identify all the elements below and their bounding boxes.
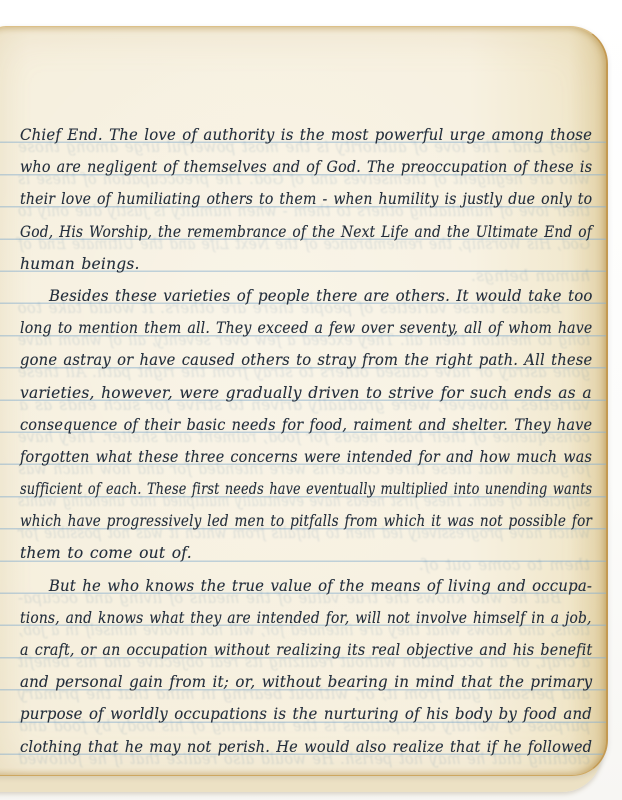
handwritten-line: God, His Worship, the remembrance of the…: [20, 216, 530, 248]
handwritten-line: gone astray or have caused others to str…: [20, 344, 563, 376]
handwritten-line: which have progressively led men to pitf…: [20, 505, 521, 537]
handwritten-line: human beings.: [20, 248, 592, 280]
handwritten-line: tions, and knows what they are intended …: [20, 602, 530, 634]
handwritten-text: Chief End. The love of authority is the …: [20, 119, 592, 763]
notebook-page: Chief End. The love of authority is the …: [0, 26, 608, 776]
handwritten-line: consequence of their basic needs for foo…: [20, 409, 555, 441]
handwritten-line: them to come out of.: [20, 537, 592, 569]
handwritten-line: varieties, however, were gradually drive…: [20, 377, 591, 409]
scan-background: Chief End. The love of authority is the …: [0, 0, 622, 800]
handwritten-line: a craft, or an occupation without realiz…: [20, 634, 546, 666]
handwritten-line: forgotten what these three concerns were…: [20, 441, 550, 473]
handwritten-line: Chief End. The love of authority is the …: [20, 119, 570, 151]
handwritten-line: clothing that he may not perish. He woul…: [20, 731, 559, 763]
handwritten-line: sufficient of each. These first needs ha…: [20, 473, 494, 505]
handwritten-line: their love of humiliating others to them…: [20, 183, 539, 215]
handwritten-line: purpose of worldly occupations is the nu…: [20, 698, 571, 730]
handwritten-line: who are negligent of themselves and of G…: [20, 151, 548, 183]
handwritten-line: and personal gain from it; or, without b…: [20, 666, 575, 698]
handwritten-line: long to mention them all. They exceed a …: [20, 312, 541, 344]
handwritten-line: But he who knows the true value of the m…: [20, 570, 570, 602]
handwritten-line: Besides these varieties of people there …: [20, 280, 572, 312]
